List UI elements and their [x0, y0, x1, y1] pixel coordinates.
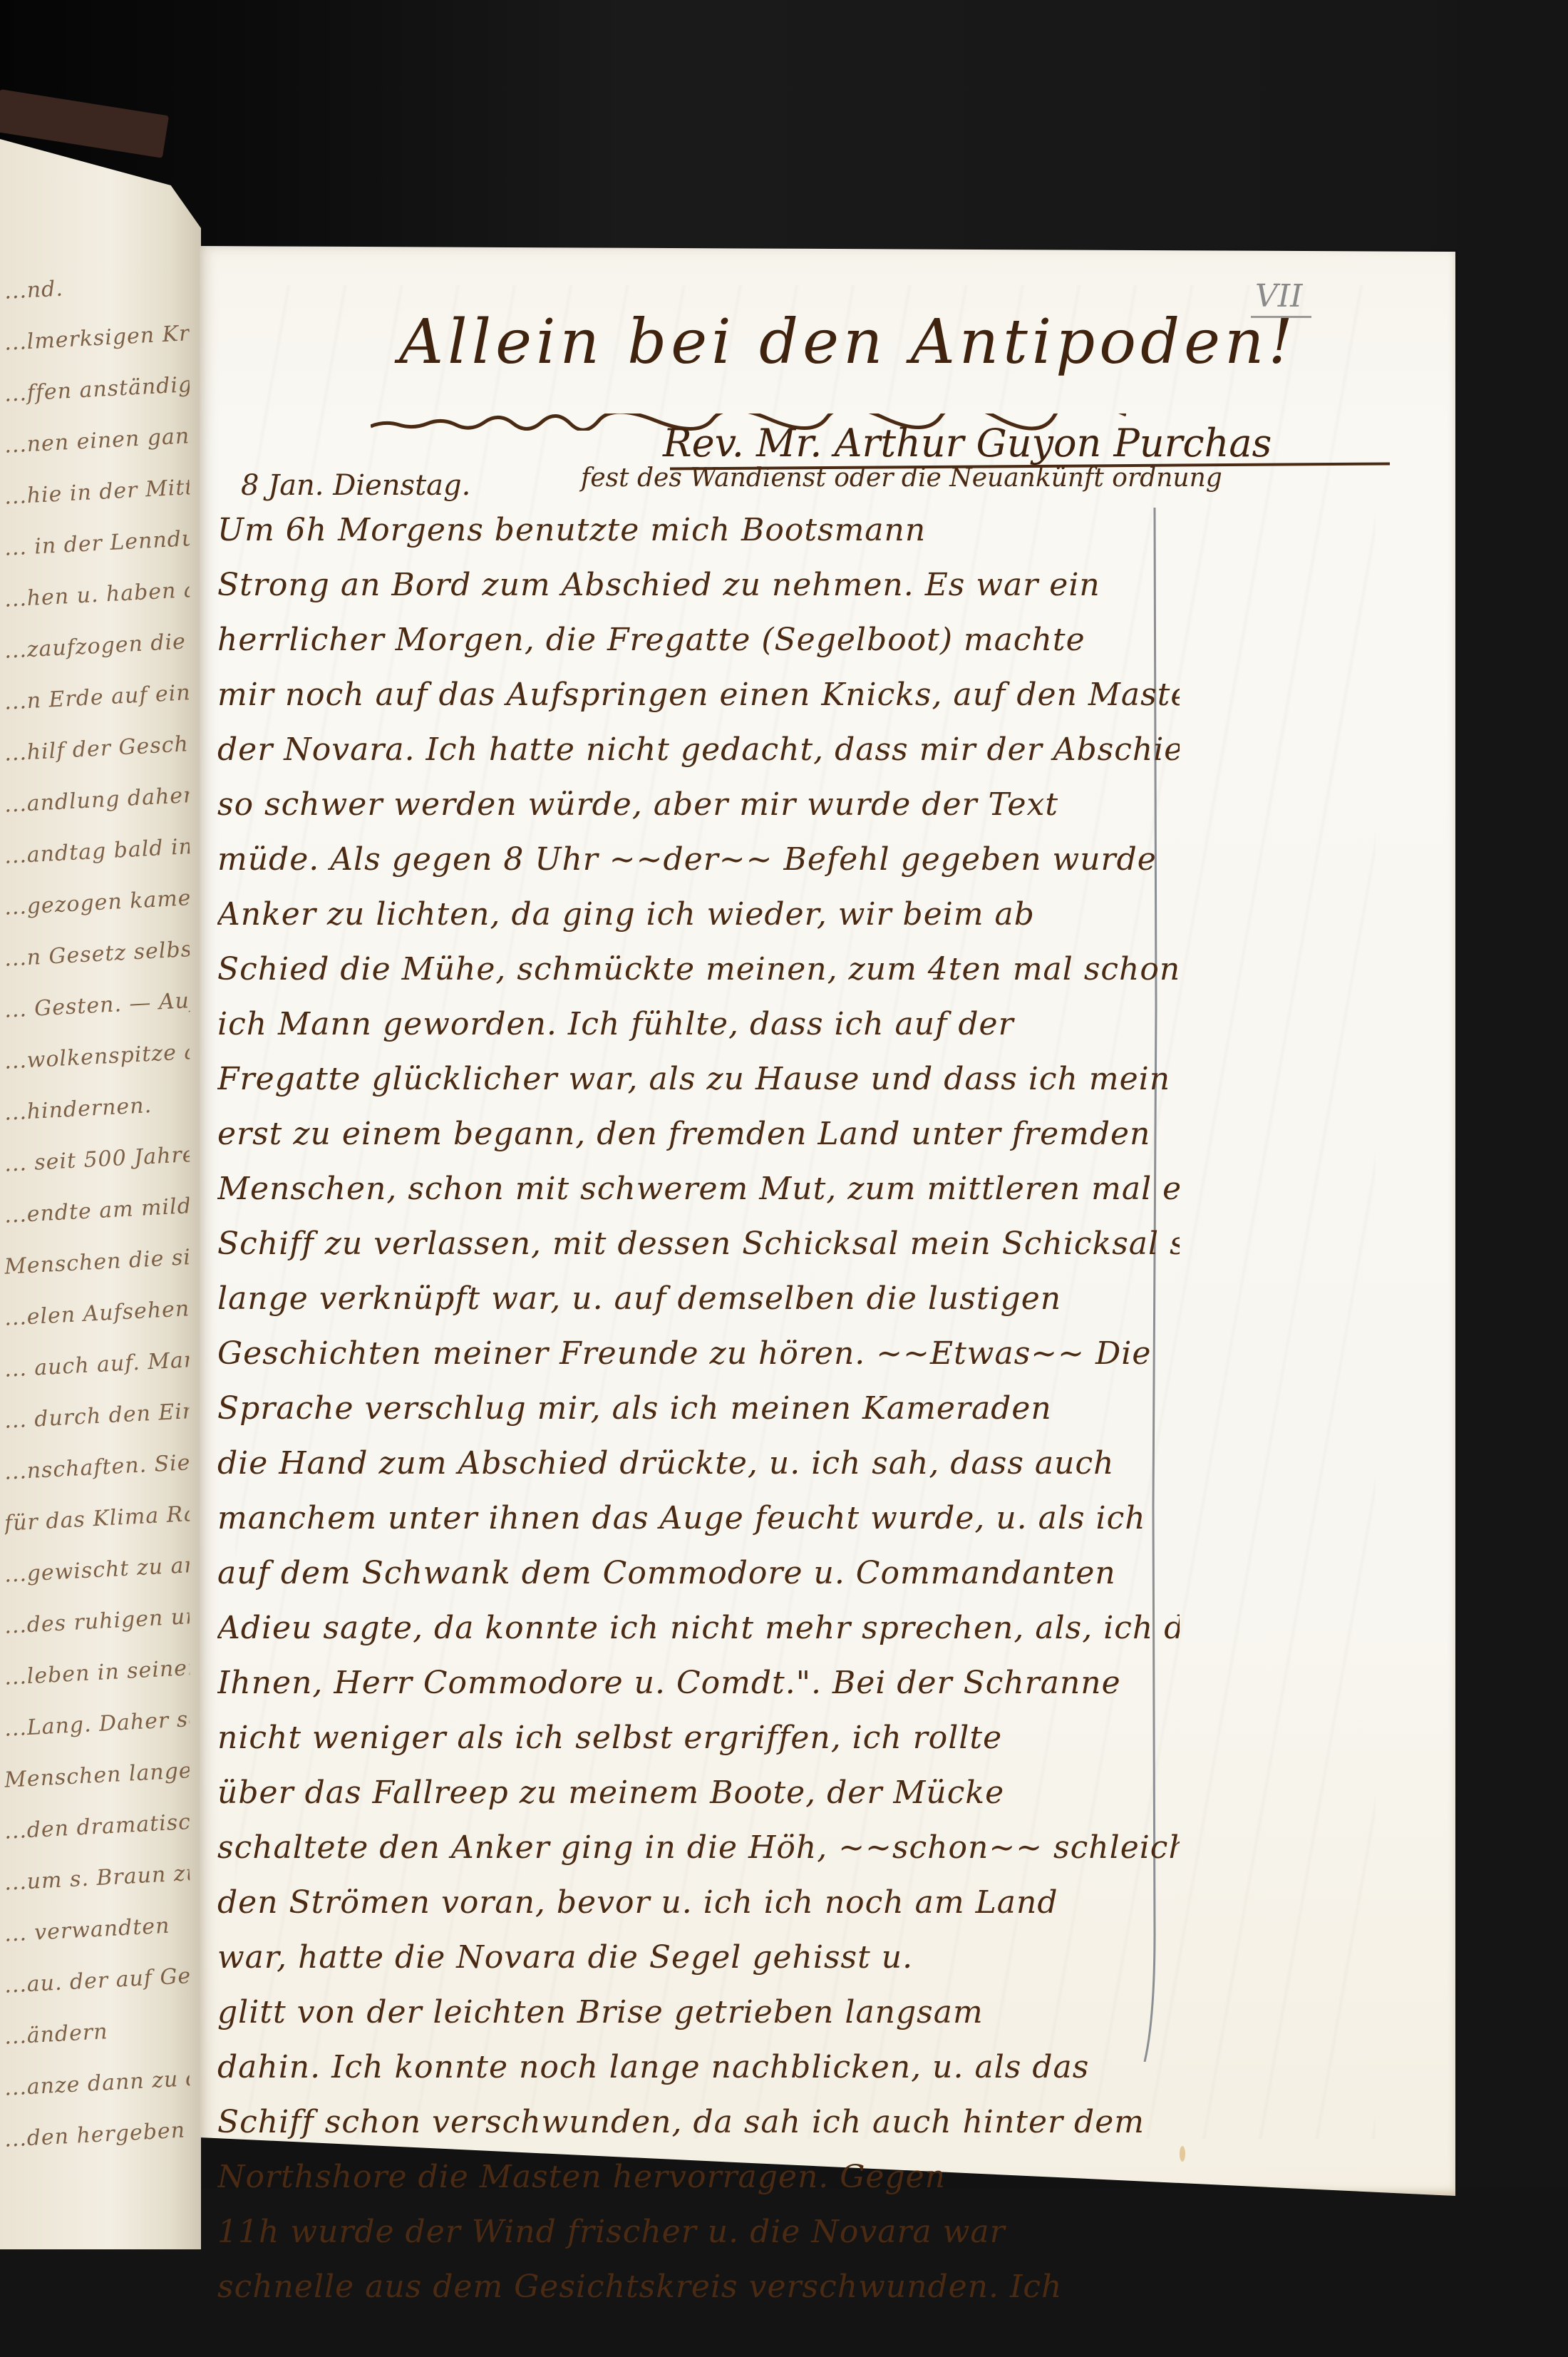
left-page-line: ... auch auf. Man — [4, 1347, 190, 1382]
manuscript-line: Strong an Bord zum Abschied zu nehmen. E… — [217, 558, 1180, 612]
left-page-line: Menschen langer Mangel — [4, 1758, 190, 1793]
manuscript-line: Anker zu lichten, da ging ich wieder, wi… — [217, 887, 1180, 942]
manuscript-line: nicht weniger als ich selbst ergriffen, … — [217, 1710, 1180, 1765]
left-page-line: ...um s. Braun zu einem — [4, 1861, 190, 1896]
manuscript-line: den Strömen voran, bevor u. ich ich noch… — [217, 1875, 1180, 1930]
left-page-line: ...gewischt zu andergeht — [4, 1553, 190, 1588]
left-page-line: ...hie in der Mitte kündigt — [4, 475, 190, 510]
left-page-line: ... verwandten — [4, 1912, 190, 1947]
left-page-line: ...wolkenspitze alle Nacht — [4, 1039, 190, 1074]
manuscript-line: Schiff zu verlassen, mit dessen Schicksa… — [217, 1216, 1180, 1271]
manuscript-line: auf dem Schwank dem Commodore u. Command… — [217, 1546, 1180, 1601]
manuscript-line: Schied die Mühe, schmückte meinen, zum 4… — [217, 942, 1180, 997]
manuscript-line: so schwer werden würde, aber mir wurde d… — [217, 777, 1180, 832]
margin-header-note: fest des Wa­ndienst oder die Neuankünft … — [581, 463, 1222, 493]
left-page-line: ...ffen anständigen Berge — [4, 372, 190, 407]
left-page-line: ...hindernen. — [4, 1091, 190, 1126]
dark-background-top — [0, 0, 1568, 250]
left-page-line: ...hen u. haben allerlei Zeuten — [4, 577, 190, 612]
manuscript-line: Geschichten meiner Freunde zu hören. ~~E… — [217, 1326, 1180, 1381]
manuscript-line: dahin. Ich konnte noch lange nachblicken… — [217, 2040, 1180, 2095]
left-page-line: für das Klima Raumfeld — [4, 1501, 190, 1536]
left-page-line: ...des ruhigen und durch — [4, 1604, 190, 1639]
left-page-line: ...Lang. Daher sehr viele — [4, 1707, 190, 1742]
manuscript-line: 11h wurde der Wind frischer u. die Novar… — [217, 2204, 1180, 2259]
left-page-line: ...endte am milden im — [4, 1193, 190, 1228]
left-page-line: ...andlung daher glaubensf. — [4, 783, 190, 818]
left-page: ...nd....lmerksigen Krafen an...ffen ans… — [0, 118, 201, 2249]
manuscript-line: der Novara. Ich hatte nicht gedacht, das… — [217, 722, 1180, 777]
manuscript-line: manchem unter ihnen das Auge feucht wurd… — [217, 1491, 1180, 1546]
left-page-line: ... Gesten. — Auf der — [4, 988, 190, 1023]
manuscript-line: über das Fallreep zu meinem Boote, der M… — [217, 1765, 1180, 1820]
dark-background-right — [1458, 0, 1568, 2357]
left-page-line: ...hilf der Geschlecht zu — [4, 731, 190, 766]
manuscript-line: lange verknüpft war, u. auf demselben di… — [217, 1271, 1180, 1326]
left-page-line: ... seit 500 Jahren auf — [4, 1142, 190, 1177]
manuscript-line: Schiff schon verschwunden, da sah ich au… — [217, 2095, 1180, 2150]
left-page-line: ...n Gesetz selbst befindend — [4, 937, 190, 972]
left-page-line: ...nen einen ganzen Tag — [4, 423, 190, 458]
manuscript-body: Um 6h Morgens benutzte mich BootsmannStr… — [217, 503, 1180, 2314]
left-page-line: ...den dramatisch u. schlecht — [4, 1809, 190, 1844]
date-note: 8 Jan. Dienstag. — [241, 469, 470, 502]
paper-stain — [1180, 2146, 1185, 2162]
left-page-line: ...lmerksigen Krafen an — [4, 321, 190, 356]
manuscript-line: war, hatte die Novara die Segel gehisst … — [217, 1930, 1180, 1985]
manuscript-line: Menschen, schon mit schwerem Mut, zum mi… — [217, 1161, 1180, 1216]
left-page-line: ...andtag bald in gefolgt von — [4, 834, 190, 869]
left-page-line: ...zaufzogen die Erde besch. Ich — [4, 629, 190, 664]
left-page-line: ...ändern — [4, 2015, 190, 2050]
manuscript-line: Fregatte glücklicher war, als zu Hause u… — [217, 1052, 1180, 1106]
left-page-line: ...elen Aufsehen auch — [4, 1296, 190, 1331]
manuscript-line: herrlicher Morgen, die Fregatte (Segelbo… — [217, 612, 1180, 667]
manuscript-line: die Hand zum Abschied drückte, u. ich sa… — [217, 1436, 1180, 1491]
manuscript-line: schnelle aus dem Gesichtskreis verschwun… — [217, 2259, 1180, 2314]
left-page-line: ... in der Lenndung des Baumes — [4, 526, 190, 561]
left-page-line: Menschen die sie ange — [4, 1245, 190, 1280]
author-line: Rev. Mr. Arthur Guyon Purchas — [663, 421, 1272, 466]
left-page-line: ...nd. — [4, 269, 190, 304]
manuscript-line: erst zu einem begann, den fremden Land u… — [217, 1106, 1180, 1161]
manuscript-line: müde. Als gegen 8 Uhr ~~der~~ Befehl geg… — [217, 832, 1180, 887]
manuscript-line: glitt von der leichten Brise getrieben l… — [217, 1985, 1180, 2040]
left-page-line: ...au. der auf Geschichte — [4, 1963, 190, 1998]
left-page-line: ... durch den Einfluss der — [4, 1399, 190, 1434]
left-page-line: ...nschaften. Sie haben — [4, 1450, 190, 1485]
page-title: Allein bei den Antipoden! — [399, 307, 1297, 378]
manuscript-line: Ihnen, Herr Commodore u. Comdt.". Bei de… — [217, 1655, 1180, 1710]
left-page-line: ...den hergeben mit. — [4, 2117, 190, 2152]
left-page-line: ...n Erde auf einen spritz — [4, 680, 190, 715]
manuscript-line: Northshore die Masten hervorragen. Gegen — [217, 2150, 1180, 2204]
manuscript-line: ich Mann geworden. Ich fühlte, dass ich … — [217, 997, 1180, 1052]
manuscript-line: Adieu sagte, da konnte ich nicht mehr sp… — [217, 1601, 1180, 1655]
manuscript-line: Um 6h Morgens benutzte mich Bootsmann — [217, 503, 1180, 558]
left-page-line: ...anze dann zu dramatisch — [4, 2066, 190, 2101]
left-page-line: ...gezogen kamen. Gesicht — [4, 885, 190, 920]
manuscript-line: Sprache verschlug mir, als ich meinen Ka… — [217, 1381, 1180, 1436]
left-page-line: ...leben in seinen Paket — [4, 1655, 190, 1690]
manuscript-line: schaltete den Anker ging in die Höh, ~~s… — [217, 1820, 1180, 1875]
manuscript-line: mir noch auf das Aufspringen einen Knick… — [217, 667, 1180, 722]
